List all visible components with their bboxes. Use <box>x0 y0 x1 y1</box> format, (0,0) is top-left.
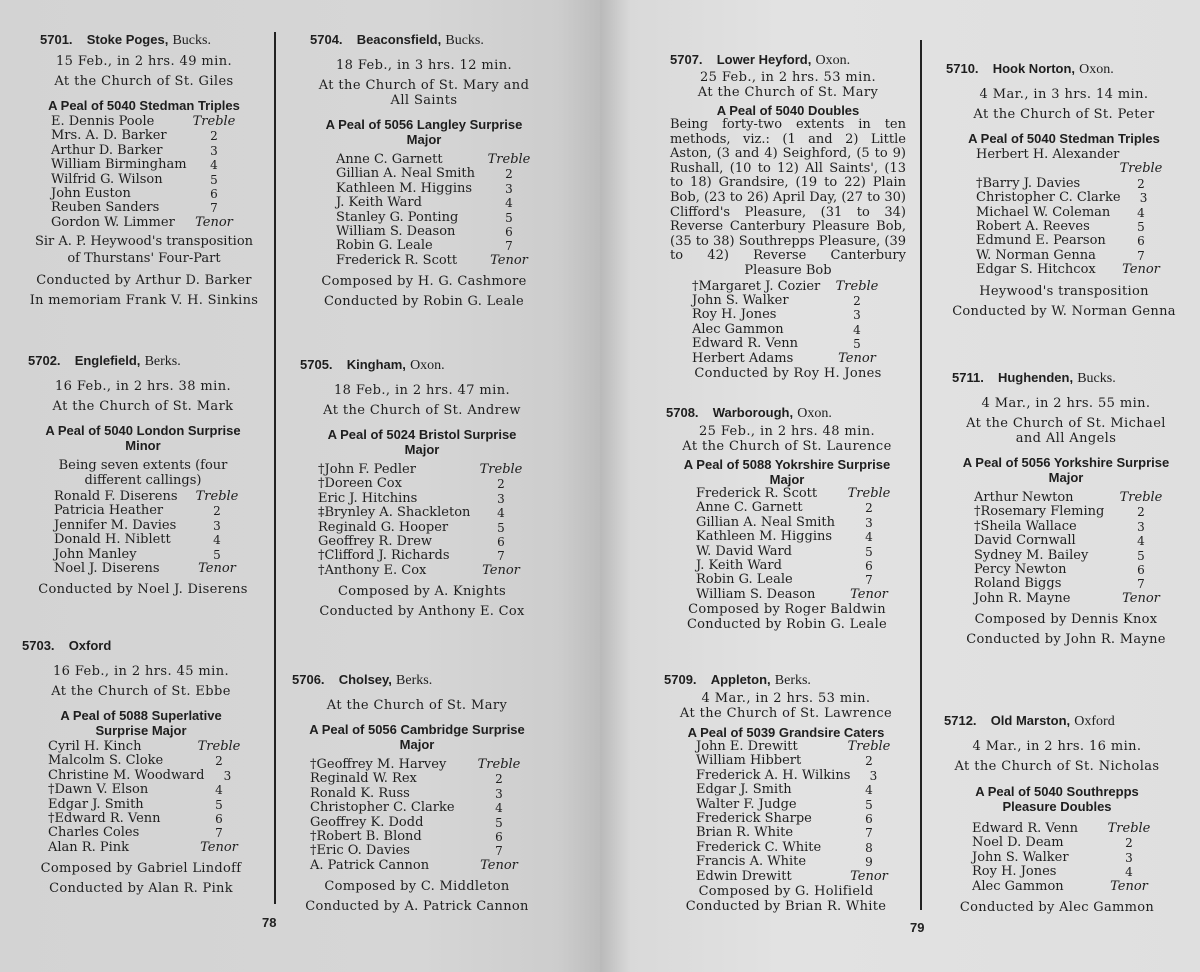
ringer-row: Cyril H. KinchTreble <box>48 740 242 754</box>
ringer-row: Reginald G. Hooper5 <box>318 521 524 535</box>
entry-place: Warborough, <box>713 405 793 420</box>
ringer-row: Ronald K. Russ3 <box>310 787 522 801</box>
peal-title-cont: Pleasure Doubles <box>944 799 1170 814</box>
ringer-list: †John F. PedlerTreble †Doreen Cox2 Eric … <box>318 463 524 578</box>
entry-header: 5712. Old Marston, Oxford <box>944 713 1170 729</box>
ringer-row: Robin G. Leale7 <box>696 573 892 587</box>
ringer-row: Herbert AdamsTenor <box>692 352 880 366</box>
entry-place: Oxford <box>69 638 112 653</box>
peal-entry-5702: 5702. Englefield, Berks. 16 Feb., in 2 h… <box>26 353 260 600</box>
peal-entry-5701: 5701. Stoke Poges, Bucks. 15 Feb., in 2 … <box>28 32 260 311</box>
entry-date: 4 Mar., in 2 hrs. 55 min. <box>946 396 1186 411</box>
ringer-row: Percy Newton6 <box>974 563 1164 577</box>
peal-entry-5704: 5704. Beaconsfield, Bucks. 18 Feb., in 3… <box>304 32 544 312</box>
entry-number: 5708. <box>666 405 699 420</box>
peal-title-cont: Surprise Major <box>22 723 260 738</box>
conductor-line: Conducted by Anthony E. Cox <box>300 602 544 622</box>
ringer-row: Christine M. Woodward3 <box>48 769 242 783</box>
peal-title: A Peal of 5024 Bristol Surprise <box>300 427 544 442</box>
ringer-row: Frederick Sharpe6 <box>696 812 892 826</box>
entry-church: At the Church of St. Mark <box>26 399 260 414</box>
ringer-list: E. Dennis PooleTreble Mrs. A. D. Barker2… <box>51 115 237 230</box>
peal-title: A Peal of 5040 Doubles <box>670 103 906 118</box>
ringer-row: Christopher C. Clarke3 <box>976 191 1164 205</box>
entry-number: 5701. <box>40 32 73 47</box>
ringer-row: Frederick R. ScottTenor <box>336 254 532 268</box>
entry-header: 5702. Englefield, Berks. <box>26 353 260 369</box>
ringer-row: Francis A. White9 <box>696 855 892 869</box>
ringer-row: Alan R. PinkTenor <box>48 841 242 855</box>
entry-place: Cholsey, <box>339 672 392 687</box>
peal-title-cont: Major <box>292 737 542 752</box>
entry-church: At the Church of St. Peter <box>946 107 1182 122</box>
ringer-row: J. Keith Ward6 <box>696 559 892 573</box>
ringer-row: William Hibbert2 <box>696 754 892 768</box>
ringer-row: John R. MayneTenor <box>974 592 1164 606</box>
ringer-row: John E. DrewittTreble <box>696 740 892 754</box>
entry-church: At the Church of St. Michael and All Ang… <box>952 416 1180 446</box>
ringer-row: Edmund E. Pearson6 <box>976 234 1164 248</box>
peal-title: A Peal of 5088 Yokrshire Surprise <box>666 457 908 472</box>
entry-number: 5710. <box>946 61 979 76</box>
ringer-row: Ronald F. DiserensTreble <box>54 490 240 504</box>
ringer-row: †Rosemary Fleming2 <box>974 505 1164 519</box>
entry-church: At the Church of St. Lawrence <box>664 706 908 721</box>
ringer-row: †Eric O. Davies7 <box>310 844 522 858</box>
peal-note: different callings) <box>26 474 260 488</box>
ringer-row: David Cornwall4 <box>974 534 1164 548</box>
composer-line: Composed by G. Holifield <box>664 884 908 899</box>
conductor-line: Conducted by Arthur D. Barker <box>28 271 260 291</box>
entry-church: At the Church of St. Ebbe <box>22 684 260 699</box>
ringer-row: Frederick R. ScottTreble <box>696 487 892 501</box>
composer-line: Composed by Dennis Knox <box>946 610 1186 630</box>
ringer-list: John E. DrewittTreble William Hibbert2 F… <box>696 740 892 884</box>
peal-title: A Peal of 5088 Superlative <box>22 708 260 723</box>
ringer-row: Mrs. A. D. Barker2 <box>51 129 237 143</box>
composer-line: Composed by Roger Baldwin <box>666 602 908 617</box>
entry-date: 4 Mar., in 2 hrs. 16 min. <box>944 739 1170 754</box>
ringer-row: Reuben Sanders7 <box>51 201 237 215</box>
ringer-row: Gordon W. LimmerTenor <box>51 216 237 230</box>
entry-county: Berks. <box>396 673 432 688</box>
entry-header: 5704. Beaconsfield, Bucks. <box>304 32 544 48</box>
ringer-row: †Margaret J. CozierTreble <box>692 280 880 294</box>
entry-date: 25 Feb., in 2 hrs. 53 min. <box>670 71 906 85</box>
peal-entry-5706: 5706. Cholsey, Berks. At the Church of S… <box>292 672 542 917</box>
ringer-list: †Margaret J. CozierTreble John S. Walker… <box>692 280 880 366</box>
peal-entry-5707: 5707. Lower Heyford, Oxon. 25 Feb., in 2… <box>670 52 906 381</box>
entry-county: Bucks. <box>172 33 211 48</box>
entry-place: Englefield, <box>75 353 141 368</box>
ringer-row: Edgar J. Smith5 <box>48 798 242 812</box>
ringer-row: Jennifer M. Davies3 <box>54 519 240 533</box>
entry-place: Hook Norton, <box>993 61 1075 76</box>
ringer-row: Geoffrey K. Dodd5 <box>310 816 522 830</box>
entry-header: 5701. Stoke Poges, Bucks. <box>28 32 260 48</box>
entry-date: 4 Mar., in 3 hrs. 14 min. <box>946 87 1182 102</box>
ringer-row: Frederick A. H. Wilkins3 <box>696 769 892 783</box>
peal-entry-5709: 5709. Appleton, Berks. 4 Mar., in 2 hrs.… <box>664 672 908 914</box>
ringer-row: Stanley G. Ponting5 <box>336 211 532 225</box>
entry-number: 5703. <box>22 638 55 653</box>
ringer-row: Herbert H. Alexander <box>976 148 1164 162</box>
entry-church: At the Church of St. Laurence <box>666 439 908 454</box>
ringer-row: William Birmingham4 <box>51 158 237 172</box>
entry-header: 5703. Oxford <box>22 638 260 654</box>
entry-county: Oxon. <box>410 358 445 373</box>
ringer-row: Treble <box>976 162 1164 176</box>
ringer-row: Edward R. VennTreble <box>972 822 1152 836</box>
peal-note: Being seven extents (four <box>26 459 260 473</box>
ringer-row: †Edward R. Venn6 <box>48 812 242 826</box>
ringer-row: Noel D. Deam2 <box>972 836 1152 850</box>
peal-title: A Peal of 5040 Stedman Triples <box>28 98 260 113</box>
ringer-row: Roy H. Jones4 <box>972 865 1152 879</box>
entry-church: At the Church of St. Mary and All Saints <box>314 78 534 108</box>
peal-title-cont: Major <box>304 132 544 147</box>
ringer-row: Gillian A. Neal Smith2 <box>336 167 532 181</box>
peal-title: A Peal of 5040 Stedman Triples <box>946 131 1182 146</box>
ringer-row: Arthur D. Barker3 <box>51 144 237 158</box>
conductor-line: Conducted by Noel J. Diserens <box>26 580 260 600</box>
ringer-row: Charles Coles7 <box>48 826 242 840</box>
peal-entry-5711: 5711. Hughenden, Bucks. 4 Mar., in 2 hrs… <box>946 370 1186 650</box>
composition-note: Heywood's transposition <box>946 282 1182 302</box>
entry-place: Lower Heyford, <box>717 52 812 67</box>
ringer-row: Edwin DrewittTenor <box>696 870 892 884</box>
ringer-row: †John F. PedlerTreble <box>318 463 524 477</box>
ringer-row: Anne C. Garnett2 <box>696 501 892 515</box>
entry-place: Beaconsfield, <box>357 32 442 47</box>
entry-county: Berks. <box>145 354 181 369</box>
entry-county: Oxford <box>1074 714 1114 729</box>
ringer-row: Arthur NewtonTreble <box>974 491 1164 505</box>
ringer-row: Reginald W. Rex2 <box>310 772 522 786</box>
peal-entry-5708: 5708. Warborough, Oxon. 25 Feb., in 2 hr… <box>666 405 908 632</box>
ringer-row: †Anthony E. CoxTenor <box>318 564 524 578</box>
ringer-row: Robin G. Leale7 <box>336 239 532 253</box>
ringer-row: Alec Gammon4 <box>692 323 880 337</box>
ringer-row: †Barry J. Davies2 <box>976 177 1164 191</box>
ringer-row: Michael W. Coleman4 <box>976 206 1164 220</box>
ringer-row: John S. Walker3 <box>972 851 1152 865</box>
ringer-row: Edgar S. HitchcoxTenor <box>976 263 1164 277</box>
peal-title-cont: Major <box>946 470 1186 485</box>
ringer-row: Anne C. GarnettTreble <box>336 153 532 167</box>
ringer-row: J. Keith Ward4 <box>336 196 532 210</box>
ringer-row: Patricia Heather2 <box>54 504 240 518</box>
entry-number: 5706. <box>292 672 325 687</box>
ringer-row: †Sheila Wallace3 <box>974 520 1164 534</box>
entry-header: 5705. Kingham, Oxon. <box>300 357 544 373</box>
peal-entry-5712: 5712. Old Marston, Oxford 4 Mar., in 2 h… <box>944 713 1170 918</box>
memoriam-line: In memoriam Frank V. H. Sinkins <box>28 291 260 311</box>
peal-title-cont: Major <box>666 472 908 487</box>
entry-header: 5708. Warborough, Oxon. <box>666 405 908 421</box>
ringer-row: Sydney M. Bailey5 <box>974 549 1164 563</box>
peal-entry-5710: 5710. Hook Norton, Oxon. 4 Mar., in 3 hr… <box>946 61 1182 322</box>
ringer-list: Herbert H. Alexander Treble †Barry J. Da… <box>976 148 1164 278</box>
entry-date: 16 Feb., in 2 hrs. 45 min. <box>22 664 260 679</box>
entry-church: At the Church of St. Nicholas <box>944 759 1170 774</box>
entry-date: 15 Feb., in 2 hrs. 49 min. <box>28 54 260 69</box>
entry-number: 5704. <box>310 32 343 47</box>
ringer-row: Kathleen M. Higgins4 <box>696 530 892 544</box>
entry-church: At the Church of St. Giles <box>28 74 260 89</box>
ringer-row: Donald H. Niblett4 <box>54 533 240 547</box>
entry-county: Berks. <box>775 673 811 688</box>
ringer-row: Walter F. Judge5 <box>696 798 892 812</box>
ringer-row: Noel J. DiserensTenor <box>54 562 240 576</box>
entry-county: Oxon. <box>797 406 832 421</box>
ringer-row: W. David Ward5 <box>696 545 892 559</box>
page-number-right: 79 <box>910 920 924 935</box>
ringer-row: Malcolm S. Cloke2 <box>48 754 242 768</box>
ringer-row: Frederick C. White8 <box>696 841 892 855</box>
conductor-line: Conducted by John R. Mayne <box>946 630 1186 650</box>
entry-date: 18 Feb., in 3 hrs. 12 min. <box>304 58 544 73</box>
ringer-row: Christopher C. Clarke4 <box>310 801 522 815</box>
ringer-row: Kathleen M. Higgins3 <box>336 182 532 196</box>
entry-header: 5707. Lower Heyford, Oxon. <box>670 52 906 68</box>
composer-line: Composed by H. G. Cashmore <box>304 272 544 292</box>
ringer-row: Roy H. Jones3 <box>692 308 880 322</box>
peal-title-cont: Major <box>300 442 544 457</box>
peal-note: Being forty-two extents in ten methods, … <box>670 118 906 279</box>
entry-county: Bucks. <box>445 33 484 48</box>
peal-title: A Peal of 5056 Cambridge Surprise <box>292 722 542 737</box>
peal-title: A Peal of 5039 Grandsire Caters <box>664 725 908 740</box>
page-number-left: 78 <box>262 915 276 930</box>
peal-title-cont: Minor <box>26 438 260 453</box>
entry-county: Oxon. <box>815 53 850 68</box>
entry-header: 5709. Appleton, Berks. <box>664 672 908 688</box>
conductor-line: Conducted by Brian R. White <box>664 899 908 914</box>
entry-header: 5711. Hughenden, Bucks. <box>946 370 1186 386</box>
ringer-row: †Geoffrey M. HarveyTreble <box>310 758 522 772</box>
peal-title: A Peal of 5040 London Surprise <box>26 423 260 438</box>
ringer-row: John S. Walker2 <box>692 294 880 308</box>
ringer-row: William S. Deason6 <box>336 225 532 239</box>
ringer-row: John Euston6 <box>51 187 237 201</box>
composer-line: Composed by C. Middleton <box>292 877 542 897</box>
ringer-row: Wilfrid G. Wilson5 <box>51 173 237 187</box>
entry-county: Bucks. <box>1077 371 1116 386</box>
ringer-list: Ronald F. DiserensTreble Patricia Heathe… <box>54 490 240 576</box>
composer-line: Composed by A. Knights <box>300 582 544 602</box>
entry-place: Old Marston, <box>991 713 1070 728</box>
ringer-row: Geoffrey R. Drew6 <box>318 535 524 549</box>
peal-entry-5705: 5705. Kingham, Oxon. 18 Feb., in 2 hrs. … <box>300 357 544 622</box>
peal-title: A Peal of 5040 Southrepps <box>944 784 1170 799</box>
ringer-row: John Manley5 <box>54 548 240 562</box>
peal-title: A Peal of 5056 Yorkshire Surprise <box>946 455 1186 470</box>
ringer-list: †Geoffrey M. HarveyTreble Reginald W. Re… <box>310 758 522 873</box>
conductor-line: Conducted by A. Patrick Cannon <box>292 897 542 917</box>
ringer-list: Frederick R. ScottTreble Anne C. Garnett… <box>696 487 892 602</box>
entry-date: 4 Mar., in 2 hrs. 53 min. <box>664 692 908 706</box>
composition-note: Sir A. P. Heywood's transposition <box>28 234 260 250</box>
ringer-row: Edgar J. Smith4 <box>696 783 892 797</box>
entry-header: 5710. Hook Norton, Oxon. <box>946 61 1182 77</box>
entry-date: 16 Feb., in 2 hrs. 38 min. <box>26 379 260 394</box>
ringer-row: Eric J. Hitchins3 <box>318 492 524 506</box>
column-divider <box>920 40 922 910</box>
ringer-row: †Dawn V. Elson4 <box>48 783 242 797</box>
ringer-row: Gillian A. Neal Smith3 <box>696 516 892 530</box>
ringer-row: †Clifford J. Richards7 <box>318 549 524 563</box>
entry-number: 5712. <box>944 713 977 728</box>
peal-entry-5703: 5703. Oxford 16 Feb., in 2 hrs. 45 min. … <box>22 638 260 899</box>
ringer-row: †Doreen Cox2 <box>318 477 524 491</box>
left-page: 78 5701. Stoke Poges, Bucks. 15 Feb., in… <box>0 0 600 972</box>
ringer-row: ‡Brynley A. Shackleton4 <box>318 506 524 520</box>
entry-place: Appleton, <box>711 672 771 687</box>
entry-number: 5709. <box>664 672 697 687</box>
conductor-line: Conducted by Robin G. Leale <box>666 617 908 632</box>
ringer-list: Edward R. VennTreble Noel D. Deam2 John … <box>972 822 1152 894</box>
conductor-line: Conducted by Alan R. Pink <box>22 879 260 899</box>
entry-place: Stoke Poges, <box>87 32 169 47</box>
entry-date: 25 Feb., in 2 hrs. 48 min. <box>666 425 908 439</box>
entry-number: 5711. <box>952 370 984 385</box>
entry-date: 18 Feb., in 2 hrs. 47 min. <box>300 383 544 398</box>
ringer-list: Cyril H. KinchTreble Malcolm S. Cloke2 C… <box>48 740 242 855</box>
conductor-line: Conducted by Alec Gammon <box>944 898 1170 918</box>
composer-line: Composed by Gabriel Lindoff <box>22 859 260 879</box>
entry-church: At the Church of St. Andrew <box>300 403 544 418</box>
conductor-line: Conducted by Roy H. Jones <box>670 366 906 381</box>
column-divider <box>274 32 276 904</box>
ringer-row: A. Patrick CannonTenor <box>310 859 522 873</box>
entry-place: Kingham, <box>347 357 406 372</box>
ringer-list: Anne C. GarnettTreble Gillian A. Neal Sm… <box>336 153 532 268</box>
ringer-row: E. Dennis PooleTreble <box>51 115 237 129</box>
entry-county: Oxon. <box>1079 62 1114 77</box>
entry-header: 5706. Cholsey, Berks. <box>292 672 542 688</box>
ringer-row: Robert A. Reeves5 <box>976 220 1164 234</box>
ringer-row: Edward R. Venn5 <box>692 337 880 351</box>
peal-title: A Peal of 5056 Langley Surprise <box>304 117 544 132</box>
entry-number: 5705. <box>300 357 333 372</box>
entry-place: Hughenden, <box>998 370 1073 385</box>
entry-church: At the Church of St. Mary <box>292 698 542 713</box>
composition-note: of Thurstans' Four-Part <box>28 251 260 267</box>
entry-number: 5707. <box>670 52 703 67</box>
conductor-line: Conducted by W. Norman Genna <box>946 302 1182 322</box>
entry-church: At the Church of St. Mary <box>670 85 906 100</box>
ringer-row: Roland Biggs7 <box>974 577 1164 591</box>
ringer-row: Alec GammonTenor <box>972 880 1152 894</box>
ringer-row: W. Norman Genna7 <box>976 249 1164 263</box>
ringer-row: Brian R. White7 <box>696 826 892 840</box>
ringer-list: Arthur NewtonTreble †Rosemary Fleming2 †… <box>974 491 1164 606</box>
conductor-line: Conducted by Robin G. Leale <box>304 292 544 312</box>
right-page: 79 5707. Lower Heyford, Oxon. 25 Feb., i… <box>600 0 1200 972</box>
ringer-row: William S. DeasonTenor <box>696 588 892 602</box>
ringer-row: †Robert B. Blond6 <box>310 830 522 844</box>
entry-number: 5702. <box>28 353 61 368</box>
